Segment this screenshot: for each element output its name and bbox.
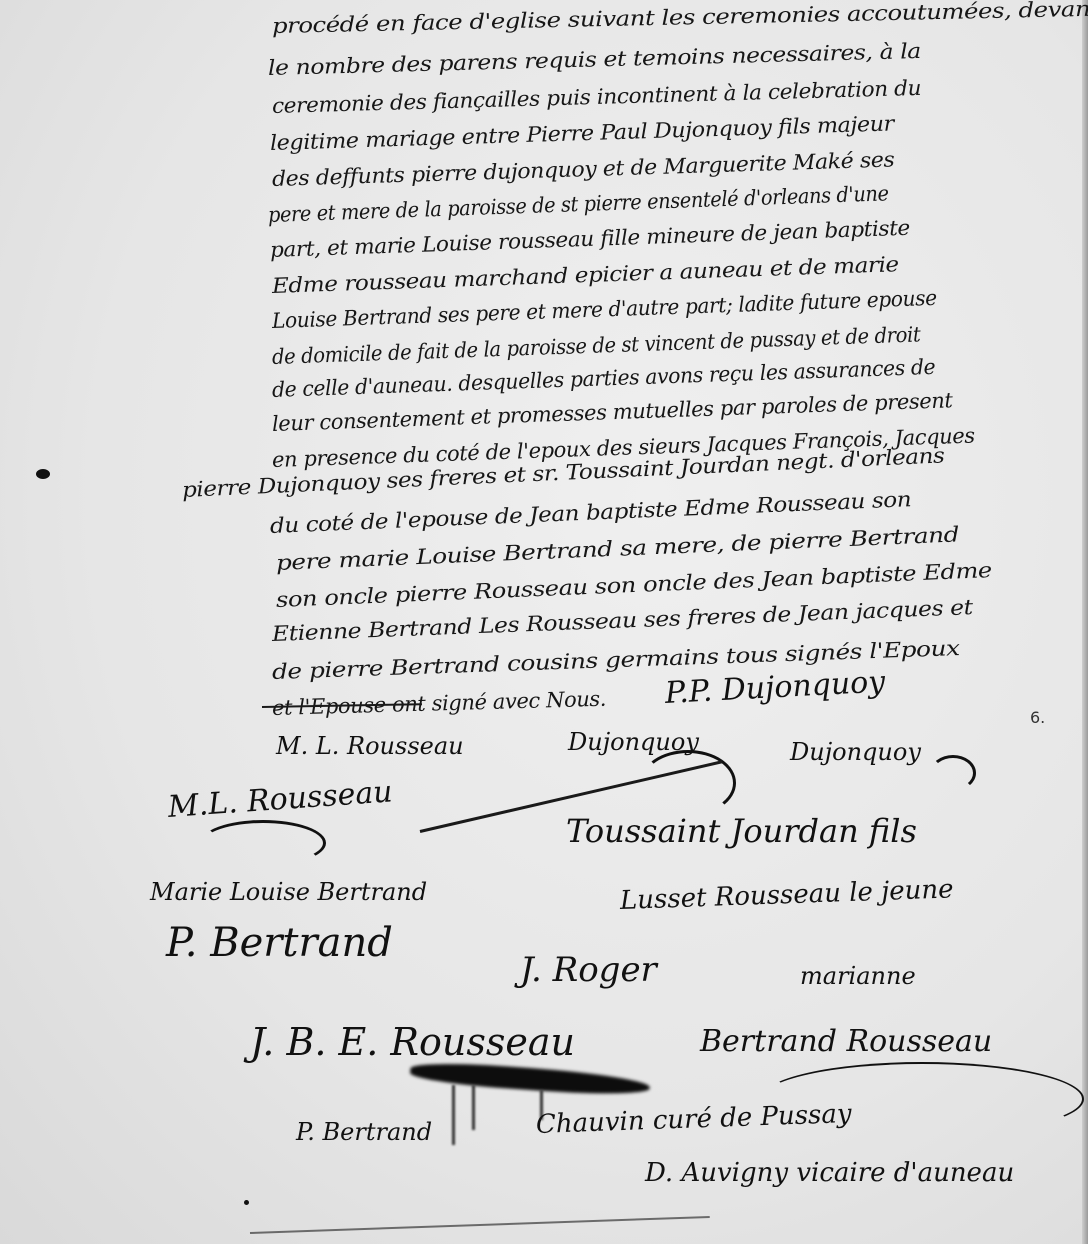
margin-mark: 6. bbox=[1030, 708, 1045, 727]
signature: M. L. Rousseau bbox=[276, 732, 464, 760]
ink-dot bbox=[244, 1200, 249, 1205]
ink-stroke bbox=[250, 1216, 710, 1234]
signature: P. Bertrand bbox=[296, 1118, 432, 1146]
signature: P.P. Dujonquoy bbox=[664, 664, 886, 710]
body-line: le nombre des parens requis et temoins n… bbox=[268, 39, 921, 80]
signature: J. B. E. Rousseau bbox=[250, 1020, 575, 1064]
ink-blot bbox=[410, 1060, 651, 1099]
register-page: procédé en face d'eglise suivant les cer… bbox=[0, 0, 1088, 1244]
ink-drip bbox=[472, 1085, 475, 1130]
body-line: et l'Epouse ont signé avec Nous. bbox=[272, 687, 607, 720]
signature: Toussaint Jourdan fils bbox=[566, 812, 917, 850]
body-line: procédé en face d'eglise suivant les cer… bbox=[272, 0, 1088, 38]
ink-drip bbox=[452, 1085, 455, 1145]
signature-flourish bbox=[930, 755, 976, 791]
signature: P. Bertrand bbox=[166, 920, 393, 966]
signature: D. Auvigny vicaire d'auneau bbox=[645, 1158, 1014, 1188]
signature: Dujonquoy bbox=[790, 738, 921, 766]
ink-dot bbox=[36, 469, 50, 479]
signature: marianne bbox=[800, 962, 916, 990]
signature: Marie Louise Bertrand bbox=[150, 878, 427, 906]
body-line: legitime mariage entre Pierre Paul Dujon… bbox=[270, 111, 895, 155]
signature: Bertrand Rousseau bbox=[700, 1024, 992, 1059]
signature-flourish bbox=[200, 820, 326, 866]
signature: Lusset Rousseau le jeune bbox=[619, 874, 954, 916]
signature: Chauvin curé de Pussay bbox=[535, 1099, 852, 1140]
body-line: ceremonie des fiançailles puis incontine… bbox=[272, 76, 922, 118]
signature: J. Roger bbox=[520, 950, 657, 990]
signature: M.L. Rousseau bbox=[167, 774, 394, 825]
page-edge-shadow bbox=[1082, 0, 1088, 1244]
